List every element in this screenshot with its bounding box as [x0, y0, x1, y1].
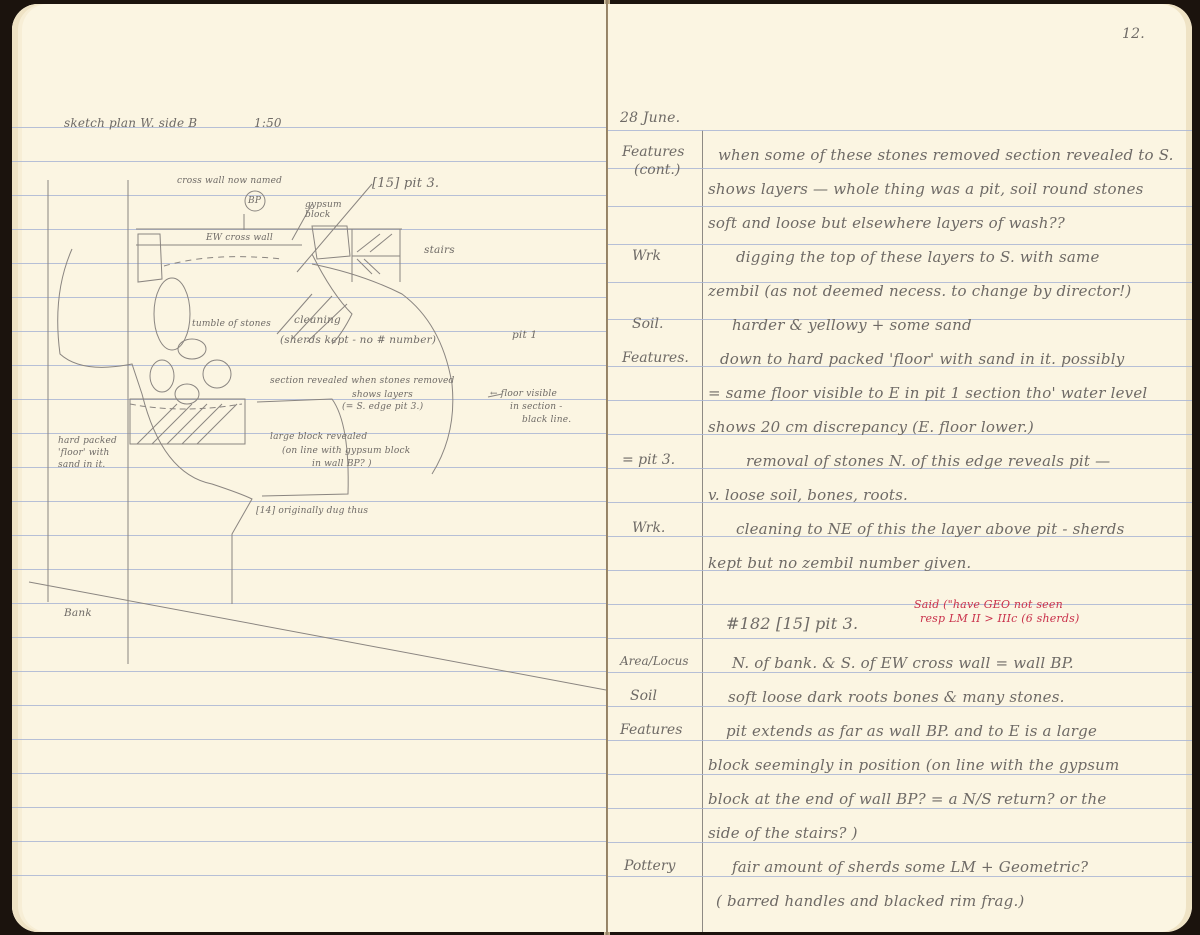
ruled-line: [608, 206, 1192, 207]
cross-wall-note: cross wall now named: [177, 176, 282, 186]
ruled-line: [608, 774, 1192, 775]
page-number: 12.: [1122, 26, 1145, 42]
ruled-line: [608, 130, 1192, 131]
row-text: cleaning to NE of this the layer above p…: [736, 520, 1124, 538]
on-line-2: in wall BP? ): [312, 459, 372, 469]
row-text: ( barred handles and blacked rim frag.): [716, 892, 1024, 910]
locus-pit-label: [15] pit 3.: [372, 176, 439, 191]
black-line-label: black line.: [522, 415, 571, 425]
tumble-label: tumble of stones: [192, 319, 271, 329]
gypsum-block-label: gypsum block: [305, 200, 345, 220]
sketch-heading: sketch plan W. side B: [64, 116, 197, 130]
ruled-line: [608, 672, 1192, 673]
row-label: Features.: [622, 350, 689, 366]
ruled-line: [608, 876, 1192, 877]
row-text: when some of these stones removed sectio…: [718, 146, 1174, 164]
floor-visible-label: ← floor visible: [490, 389, 557, 399]
section-revealed-label: section revealed when stones removed: [270, 376, 454, 386]
ruled-line: [608, 706, 1192, 707]
large-block-label: large block revealed: [270, 432, 367, 442]
hard-packed-2: 'floor' with: [58, 448, 110, 458]
row-text: pit extends as far as wall BP. and to E …: [726, 722, 1097, 740]
red-annotation-line2: resp LM II > IIIc (6 sherds): [920, 612, 1079, 625]
row-text: block seemingly in position (on line wit…: [708, 756, 1119, 774]
shows-layers-label: shows layers: [352, 390, 413, 400]
left-page: sketch plan W. side B 1:50 cross wall no…: [12, 4, 606, 932]
in-section-label: in section -: [510, 402, 563, 412]
ruled-line: [608, 244, 1192, 245]
sketch-scale: 1:50: [254, 116, 282, 130]
ruled-line: [608, 740, 1192, 741]
bank-label: Bank: [64, 607, 92, 619]
row-text: shows layers — whole thing was a pit, so…: [708, 180, 1144, 198]
row-label: (cont.): [634, 162, 680, 178]
sherds-kept-label: (sherds kept - no # number): [280, 334, 436, 346]
red-annotation-line1: Said ("have GEO not seen: [914, 598, 1063, 611]
originally-dug-label: [14] originally dug thus: [256, 506, 368, 516]
row-text: shows 20 cm discrepancy (E. floor lower.…: [708, 418, 1034, 436]
row-label: Soil: [630, 688, 657, 704]
ruled-line: [608, 842, 1192, 843]
row-label: Wrk: [632, 248, 661, 264]
row-text: digging the top of these layers to S. wi…: [736, 248, 1100, 266]
entry-date: 28 June.: [620, 110, 680, 126]
margin-line: [702, 130, 703, 932]
bp-label: BP: [248, 196, 261, 206]
row-text: kept but no zembil number given.: [708, 554, 971, 572]
find-number-heading: #182 [15] pit 3.: [726, 614, 858, 633]
row-text: N. of bank. & S. of EW cross wall = wall…: [732, 654, 1074, 672]
pit1-label: pit 1: [512, 329, 537, 341]
on-line-1: (on line with gypsum block: [282, 446, 410, 456]
right-page: 12. 28 June. Features when some of these…: [608, 4, 1192, 932]
row-label: Soil.: [632, 316, 663, 332]
ruled-line: [608, 168, 1192, 169]
s-edge-pit3-label: (= S. edge pit 3.): [342, 402, 423, 412]
row-text: v. loose soil, bones, roots.: [708, 486, 908, 504]
hard-packed-3: sand in it.: [58, 460, 106, 470]
row-text: fair amount of sherds some LM + Geometri…: [732, 858, 1088, 876]
row-label: Area/Locus: [620, 654, 689, 668]
stairs-label: stairs: [424, 244, 455, 256]
row-label: Wrk.: [632, 520, 665, 536]
row-text: harder & yellowy + some sand: [732, 316, 972, 334]
cleaning-label: cleaning: [294, 314, 341, 326]
row-label: Features: [622, 144, 684, 160]
row-label: Pottery: [624, 858, 675, 874]
ruled-line: [608, 808, 1192, 809]
row-text: block at the end of wall BP? = a N/S ret…: [708, 790, 1106, 808]
row-text: soft loose dark roots bones & many stone…: [728, 688, 1065, 706]
row-text: removal of stones N. of this edge reveal…: [746, 452, 1110, 470]
row-label: Features: [620, 722, 682, 738]
row-text: = same floor visible to E in pit 1 secti…: [708, 384, 1147, 402]
row-text: down to hard packed 'floor' with sand in…: [720, 350, 1124, 368]
ew-cross-wall-label: EW cross wall: [206, 233, 273, 243]
ruled-line: [608, 604, 1192, 605]
ruled-line: [608, 638, 1192, 639]
row-text: zembil (as not deemed necess. to change …: [708, 282, 1131, 300]
row-text: soft and loose but elsewhere layers of w…: [708, 214, 1065, 232]
row-text: side of the stairs? ): [708, 824, 858, 842]
hard-packed-1: hard packed: [58, 436, 117, 446]
row-label: = pit 3.: [622, 452, 675, 468]
